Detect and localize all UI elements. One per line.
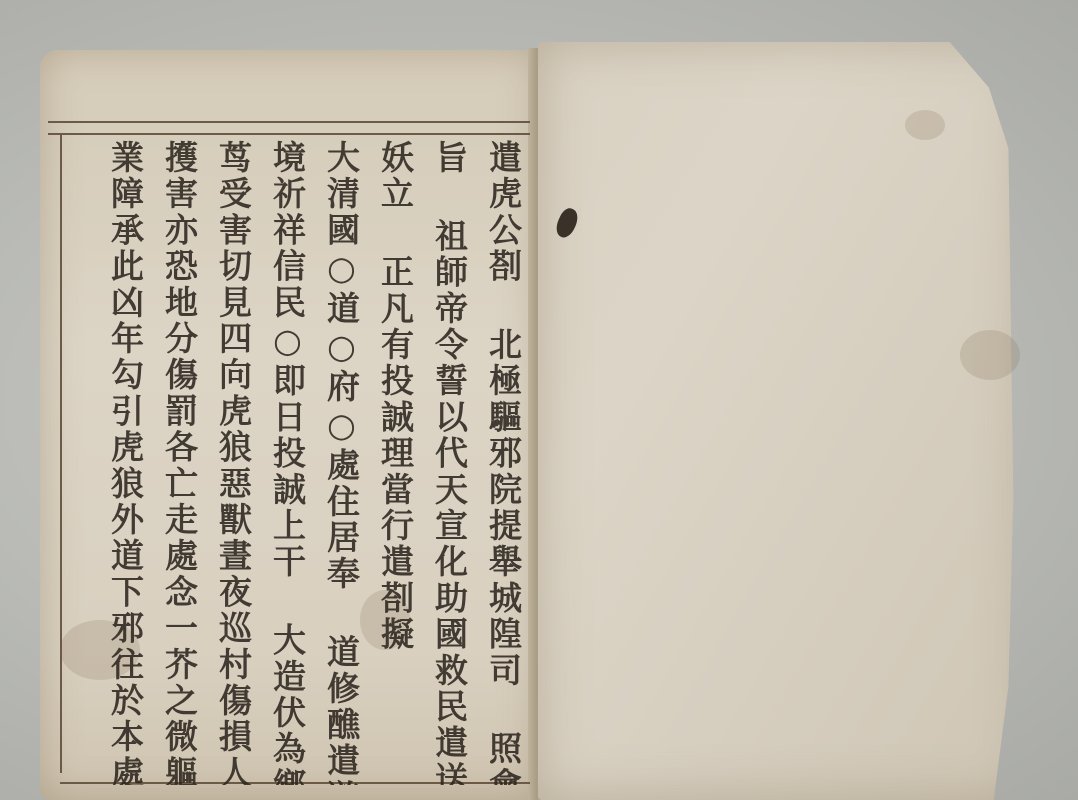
frame-line-top-inner <box>48 133 530 135</box>
frame-line-top-outer <box>48 121 530 123</box>
text-column-7: 擭害亦恐地分傷罰各亡走處念一芥之微軀實三生之 <box>152 140 206 785</box>
text-column-1: 遣虎公剳 北極驅邪院提舉城隍司 照會本司恭奉上帝敕 <box>476 140 530 785</box>
book-spread: 遣虎公剳 北極驅邪院提舉城隍司 照會本司恭奉上帝敕 旨 祖師帝令誓以代天宣化助國… <box>0 0 1078 800</box>
text-column-4: 大清國○道○府○處住居奉 道修醮遣遊虎狼保 <box>314 140 368 785</box>
right-page-blank <box>538 42 1028 800</box>
text-column-6: 茑受害切見四向虎狼惡獸晝夜巡村傷損人財鄰鄉 <box>206 140 260 785</box>
paper-stain <box>960 330 1020 380</box>
paper-stain <box>905 110 945 140</box>
frame-line-left <box>60 133 62 773</box>
text-column-5: 境祈祥信民○即日投誠上干 大造伏為鄉村遭逢蔡 <box>260 140 314 785</box>
text-columns: 遣虎公剳 北極驅邪院提舉城隍司 照會本司恭奉上帝敕 旨 祖師帝令誓以代天宣化助國… <box>70 140 530 785</box>
text-column-8: 業障承此凶年勾引虎狼外道下邪往於本處引虎傷人知 <box>98 140 152 785</box>
text-column-2: 旨 祖師帝令誓以代天宣化助國救民遣送虎狼剪 <box>422 140 476 785</box>
text-column-3: 妖立 正凡有投誠理當行遣剳擬 <box>368 140 422 785</box>
